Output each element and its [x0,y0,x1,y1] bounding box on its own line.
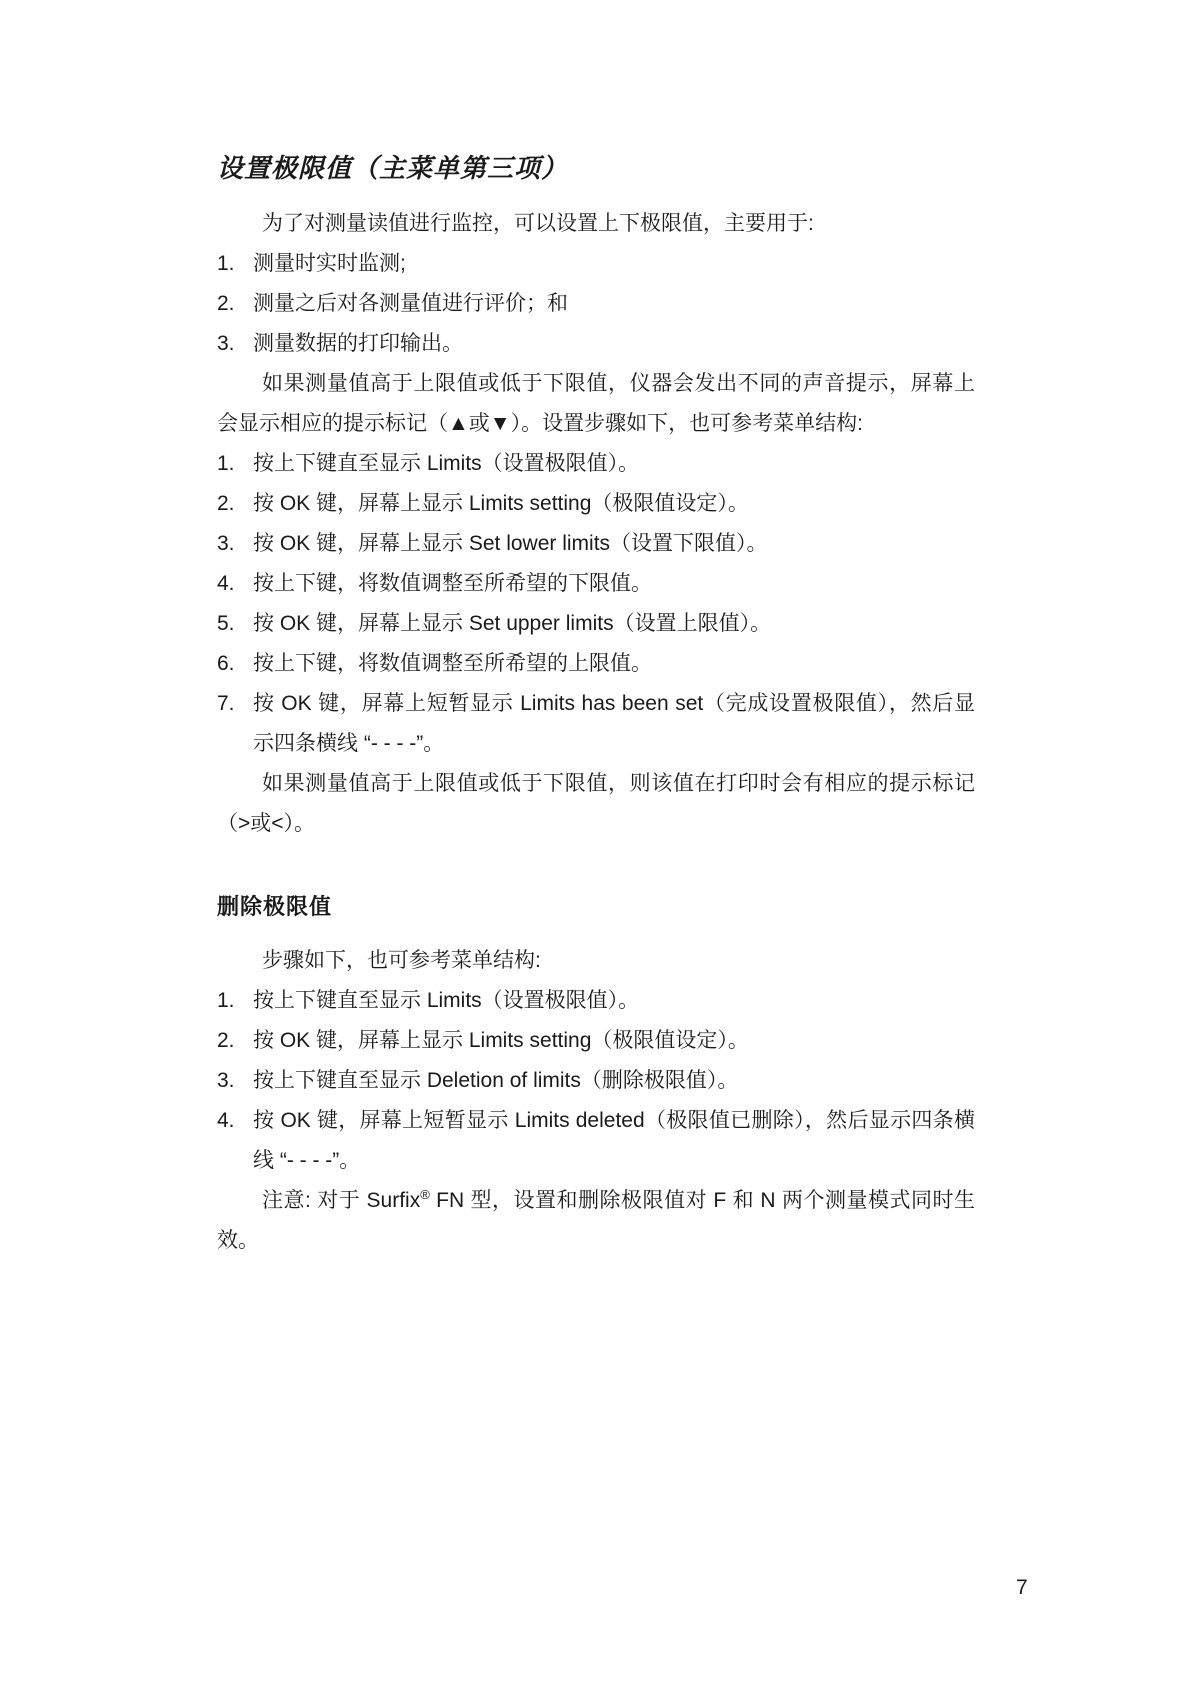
set-step-4: 4. 按上下键，将数值调整至所希望的下限值。 [217,564,975,604]
list-number: 2. [217,484,253,524]
list-number: 3. [217,1061,253,1101]
delete-step-1: 1. 按上下键直至显示 Limits（设置极限值）。 [217,981,975,1021]
delete-step-3: 3. 按上下键直至显示 Deletion of limits（删除极限值）。 [217,1061,975,1101]
list-text: 按上下键，将数值调整至所希望的下限值。 [253,564,975,604]
purpose-item-2: 2. 测量之后对各测量值进行评价；和 [217,284,975,324]
list-number: 1. [217,244,253,284]
note-prefix: 注意: 对于 Surfix [262,1189,420,1212]
set-step-3: 3. 按 OK 键，屏幕上显示 Set lower limits（设置下限值）。 [217,524,975,564]
delete-limits-intro-paragraph: 步骤如下，也可参考菜单结构: [217,941,975,981]
note-paragraph: 注意: 对于 Surfix® FN 型，设置和删除极限值对 F 和 N 两个测量… [217,1181,975,1261]
list-text: 按 OK 键，屏幕上短暂显示 Limits deleted（极限值已删除），然后… [253,1101,975,1181]
list-text: 测量之后对各测量值进行评价；和 [253,284,975,324]
list-number: 4. [217,1101,253,1181]
list-text: 按上下键，将数值调整至所希望的上限值。 [253,644,975,684]
set-step-7: 7. 按 OK 键，屏幕上短暂显示 Limits has been set（完成… [217,684,975,764]
alert-marks-paragraph: 如果测量值高于上限值或低于下限值，仪器会发出不同的声音提示，屏幕上会显示相应的提… [217,364,975,444]
set-step-6: 6. 按上下键，将数值调整至所希望的上限值。 [217,644,975,684]
list-text: 按 OK 键，屏幕上显示 Set upper limits（设置上限值）。 [253,604,975,644]
list-number: 3. [217,524,253,564]
delete-step-2: 2. 按 OK 键，屏幕上显示 Limits setting（极限值设定）。 [217,1021,975,1061]
list-text: 按上下键直至显示 Deletion of limits（删除极限值）。 [253,1061,975,1101]
set-step-1: 1. 按上下键直至显示 Limits（设置极限值）。 [217,444,975,484]
list-text: 测量数据的打印输出。 [253,324,975,364]
list-number: 4. [217,564,253,604]
list-text: 按上下键直至显示 Limits（设置极限值）。 [253,981,975,1021]
delete-step-4: 4. 按 OK 键，屏幕上短暂显示 Limits deleted（极限值已删除）… [217,1101,975,1181]
list-number: 7. [217,684,253,764]
delete-limits-steps-list: 1. 按上下键直至显示 Limits（设置极限值）。 2. 按 OK 键，屏幕上… [217,981,975,1181]
list-text: 按 OK 键，屏幕上短暂显示 Limits has been set（完成设置极… [253,684,975,764]
set-step-2: 2. 按 OK 键，屏幕上显示 Limits setting（极限值设定）。 [217,484,975,524]
list-number: 5. [217,604,253,644]
list-text: 按 OK 键，屏幕上显示 Limits setting（极限值设定）。 [253,484,975,524]
purpose-item-3: 3. 测量数据的打印输出。 [217,324,975,364]
list-text: 按 OK 键，屏幕上显示 Set lower limits（设置下限值）。 [253,524,975,564]
document-page: 设置极限值（主菜单第三项） 为了对测量读值进行监控，可以设置上下极限值，主要用于… [0,0,1200,1696]
list-number: 3. [217,324,253,364]
set-limits-steps-list: 1. 按上下键直至显示 Limits（设置极限值）。 2. 按 OK 键，屏幕上… [217,444,975,764]
list-text: 按 OK 键，屏幕上显示 Limits setting（极限值设定）。 [253,1021,975,1061]
page-number: 7 [1016,1568,1028,1608]
section-title-delete-limits: 删除极限值 [217,892,975,922]
list-number: 2. [217,1021,253,1061]
list-number: 2. [217,284,253,324]
list-text: 按上下键直至显示 Limits（设置极限值）。 [253,444,975,484]
list-number: 1. [217,444,253,484]
list-number: 1. [217,981,253,1021]
purpose-item-1: 1. 测量时实时监测; [217,244,975,284]
list-text: 测量时实时监测; [253,244,975,284]
set-limits-intro-paragraph: 为了对测量读值进行监控，可以设置上下极限值，主要用于: [217,204,975,244]
list-number: 6. [217,644,253,684]
print-mark-paragraph: 如果测量值高于上限值或低于下限值，则该值在打印时会有相应的提示标记（>或<）。 [217,764,975,844]
section-title-set-limits: 设置极限值（主菜单第三项） [217,151,975,185]
registered-trademark-symbol: ® [420,1187,430,1202]
set-step-5: 5. 按 OK 键，屏幕上显示 Set upper limits（设置上限值）。 [217,604,975,644]
purpose-list: 1. 测量时实时监测; 2. 测量之后对各测量值进行评价；和 3. 测量数据的打… [217,244,975,364]
